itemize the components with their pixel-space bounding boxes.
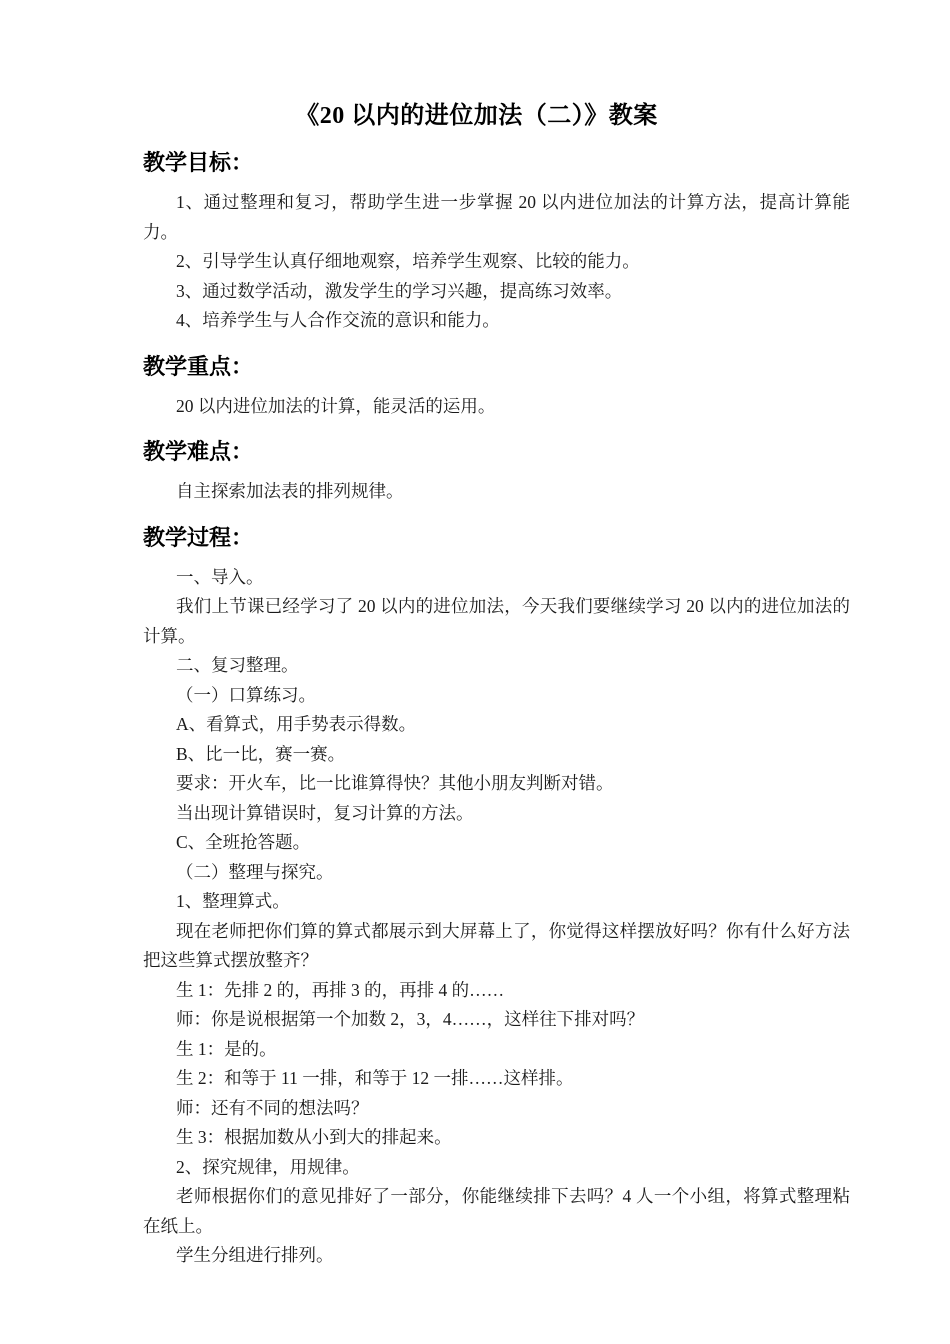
paragraph: 生 1：是的。 [143, 1035, 850, 1065]
paragraph: 1、通过整理和复习，帮助学生进一步掌握 20 以内进位加法的计算方法，提高计算能… [143, 188, 850, 247]
paragraph: 一、导入。 [143, 563, 850, 593]
section-heading: 教学过程： [143, 523, 850, 553]
paragraph: 2、探究规律，用规律。 [143, 1153, 850, 1183]
paragraph: 现在老师把你们算的算式都展示到大屏幕上了，你觉得这样摆放好吗？你有什么好方法把这… [143, 917, 850, 976]
paragraph: 要求：开火车，比一比谁算得快？其他小朋友判断对错。 [143, 769, 850, 799]
paragraph: 师：还有不同的想法吗？ [143, 1094, 850, 1124]
section-heading: 教学难点： [143, 437, 850, 467]
paragraph: 生 3：根据加数从小到大的排起来。 [143, 1123, 850, 1153]
paragraph: A、看算式，用手势表示得数。 [143, 710, 850, 740]
paragraph: 3、通过数学活动，激发学生的学习兴趣，提高练习效率。 [143, 277, 850, 307]
section-heading: 教学目标： [143, 148, 850, 178]
paragraph: 自主探索加法表的排列规律。 [143, 477, 850, 507]
document-body: 教学目标：1、通过整理和复习，帮助学生进一步掌握 20 以内进位加法的计算方法，… [143, 148, 850, 1271]
paragraph: 4、培养学生与人合作交流的意识和能力。 [143, 306, 850, 336]
paragraph: 二、复习整理。 [143, 651, 850, 681]
paragraph: 我们上节课已经学习了 20 以内的进位加法，今天我们要继续学习 20 以内的进位… [143, 592, 850, 651]
paragraph: 生 1：先排 2 的，再排 3 的，再排 4 的…… [143, 976, 850, 1006]
paragraph: C、全班抢答题。 [143, 828, 850, 858]
paragraph: 师：你是说根据第一个加数 2，3，4……，这样往下排对吗？ [143, 1005, 850, 1035]
paragraph: 学生分组进行排列。 [143, 1241, 850, 1271]
paragraph: 2、引导学生认真仔细地观察，培养学生观察、比较的能力。 [143, 247, 850, 277]
paragraph: 1、整理算式。 [143, 887, 850, 917]
document-title: 《20 以内的进位加法（二）》教案 [103, 100, 850, 132]
paragraph: 生 2：和等于 11 一排，和等于 12 一排……这样排。 [143, 1064, 850, 1094]
paragraph: B、比一比，赛一赛。 [143, 740, 850, 770]
paragraph: 当出现计算错误时，复习计算的方法。 [143, 799, 850, 829]
paragraph: 20 以内进位加法的计算，能灵活的运用。 [143, 392, 850, 422]
paragraph: 老师根据你们的意见排好了一部分，你能继续排下去吗？4 人一个小组，将算式整理粘在… [143, 1182, 850, 1241]
paragraph: （一）口算练习。 [143, 681, 850, 711]
paragraph: （二）整理与探究。 [143, 858, 850, 888]
document-page: 《20 以内的进位加法（二）》教案 教学目标：1、通过整理和复习，帮助学生进一步… [0, 0, 950, 1344]
section-heading: 教学重点： [143, 352, 850, 382]
